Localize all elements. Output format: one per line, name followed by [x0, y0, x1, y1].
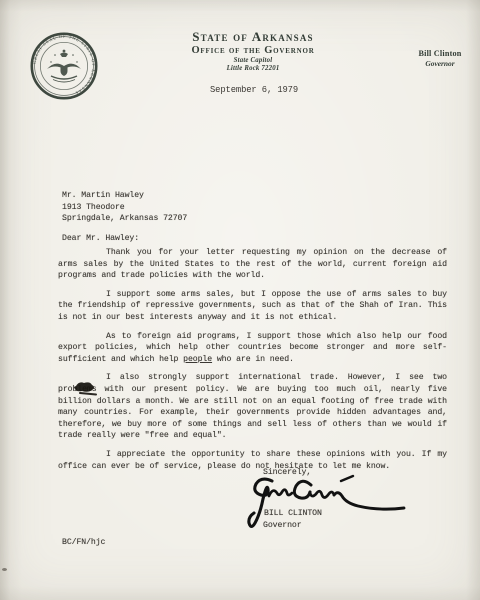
paragraph-4: I also strongly support international tr…	[58, 372, 447, 442]
paragraph-5: I appreciate the opportunity to share th…	[58, 449, 447, 472]
letter-page: GREAT SEAL OF THE STATE OF ARKANSAS Stat…	[0, 0, 480, 600]
letter-body: Thank you for your letter requesting my …	[58, 247, 447, 472]
arkansas-state-seal-icon: GREAT SEAL OF THE STATE OF ARKANSAS	[29, 31, 99, 101]
recipient-street: 1913 Theodore	[62, 202, 187, 214]
typed-signer-name: BILL CLINTON	[264, 508, 322, 520]
paragraph-1: Thank you for your letter requesting my …	[58, 247, 447, 282]
reference-initials: BC/FN/hjc	[62, 537, 105, 549]
salutation: Dear Mr. Hawley:	[62, 233, 139, 245]
official-title: Governor	[408, 59, 472, 68]
typed-signer-title: Governor	[263, 520, 302, 532]
official-name: Bill Clinton	[408, 49, 472, 59]
paragraph-2: I support some arms sales, but I oppose …	[58, 289, 447, 324]
letterhead-state: State of Arkansas	[140, 30, 366, 44]
letter-date: September 6, 1979	[210, 85, 298, 95]
paragraph-3: As to foreign aid programs, I support th…	[58, 331, 447, 366]
seal-emblem	[47, 50, 81, 82]
letterhead: State of Arkansas Office of the Governor…	[140, 30, 366, 73]
svg-text:GREAT SEAL OF THE STATE OF ARK: GREAT SEAL OF THE STATE OF ARKANSAS	[32, 34, 96, 96]
recipient-city: Springdale, Arkansas 72707	[62, 213, 187, 225]
recipient-name: Mr. Martin Hawley	[62, 190, 187, 202]
paragraph-3-text-end: who are in need.	[212, 355, 294, 364]
recipient-address: Mr. Martin Hawley 1913 Theodore Springda…	[62, 190, 187, 225]
letterhead-address-line2: Little Rock 72201	[140, 65, 366, 73]
official-block: Bill Clinton Governor	[408, 49, 472, 68]
letterhead-address-line1: State Capitol	[140, 57, 366, 65]
ink-blot-mark	[70, 380, 102, 400]
letterhead-office: Office of the Governor	[140, 44, 366, 57]
scan-speck	[2, 568, 7, 571]
underlined-word: people	[183, 355, 212, 364]
seal-text: GREAT SEAL OF THE STATE OF ARKANSAS	[32, 34, 96, 96]
